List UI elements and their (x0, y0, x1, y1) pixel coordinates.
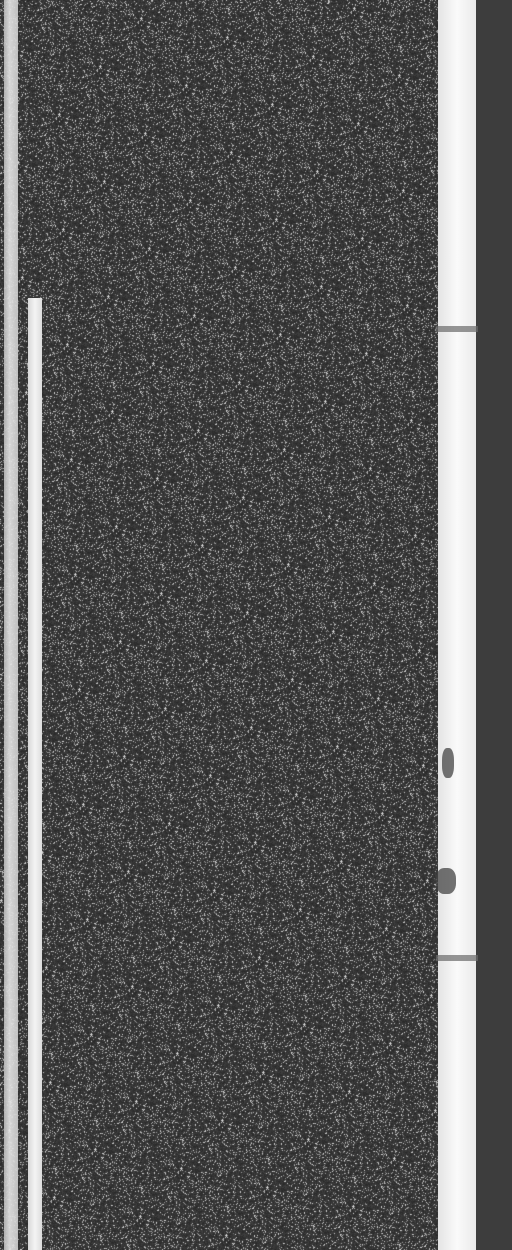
asphalt-texture (0, 0, 512, 1250)
marking-wear (436, 868, 456, 894)
right-shoulder (476, 0, 512, 1250)
marking-seam (436, 326, 478, 332)
marking-seam (436, 955, 478, 961)
marking-wear (442, 748, 454, 778)
right-lane-line (438, 0, 476, 1250)
road-scene (0, 0, 512, 1250)
left-edge-line (4, 0, 18, 1250)
left-lane-line (28, 298, 42, 1250)
